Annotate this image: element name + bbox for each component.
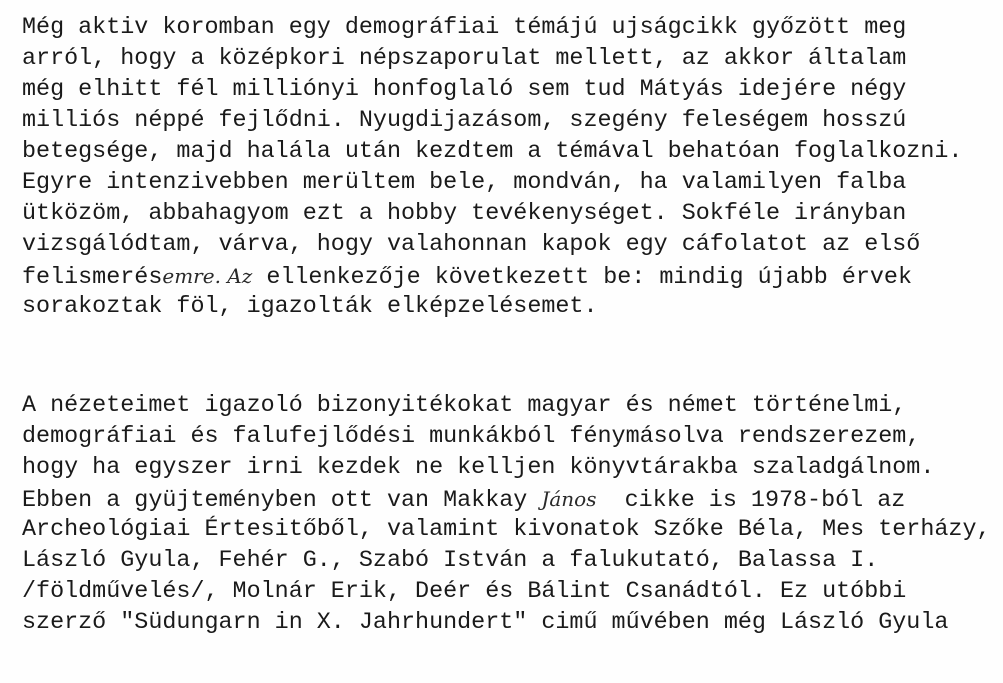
text-line: A nézeteimet igazoló bizonyitékokat magy… <box>22 391 991 422</box>
handwritten-correction: emre. Az <box>162 264 252 288</box>
typed-text: Ebben a gyüjteményben ott van Makkay <box>22 488 541 514</box>
text-line: sorakoztak föl, igazolták elképzelésemet… <box>22 292 962 323</box>
text-line: szerző "Südungarn in X. Jahrhundert" cim… <box>22 608 991 639</box>
typewritten-page: Még aktiv koromban egy demográfiai témáj… <box>0 0 1003 683</box>
paragraph-2: A nézeteimet igazoló bizonyitékokat magy… <box>22 391 991 639</box>
text-line: hogy ha egyszer irni kezdek ne kelljen k… <box>22 453 991 484</box>
text-line: felismerésemre. Az ellenkezője következe… <box>22 261 962 292</box>
text-line: /földművelés/, Molnár Erik, Deér és Báli… <box>22 577 991 608</box>
text-line: ütközöm, abbahagyom ezt a hobby tevékeny… <box>22 199 962 230</box>
handwritten-correction: János <box>541 487 596 511</box>
text-line: Egyre intenzivebben merültem bele, mondv… <box>22 168 962 199</box>
text-line: Még aktiv koromban egy demográfiai témáj… <box>22 13 962 44</box>
text-line: milliós néppé fejlődni. Nyugdijazásom, s… <box>22 106 962 137</box>
text-line: arról, hogy a középkori népszaporulat me… <box>22 44 962 75</box>
typed-text: cikke is 1978-ból az <box>597 488 906 514</box>
paragraph-1: Még aktiv koromban egy demográfiai témáj… <box>22 13 962 323</box>
text-line: betegsége, majd halála után kezdtem a té… <box>22 137 962 168</box>
text-line: László Gyula, Fehér G., Szabó István a f… <box>22 546 991 577</box>
text-line: Archeológiai Értesitőből, valamint kivon… <box>22 515 991 546</box>
typed-text: felismerés <box>22 265 162 291</box>
typed-text: ellenkezője következett be: mindig újabb… <box>252 265 912 291</box>
text-line: még elhitt fél milliónyi honfoglaló sem … <box>22 75 962 106</box>
text-line: Ebben a gyüjteményben ott van Makkay Ján… <box>22 484 991 515</box>
text-line: demográfiai és falufejlődési munkákból f… <box>22 422 991 453</box>
text-line: vizsgálódtam, várva, hogy valahonnan kap… <box>22 230 962 261</box>
